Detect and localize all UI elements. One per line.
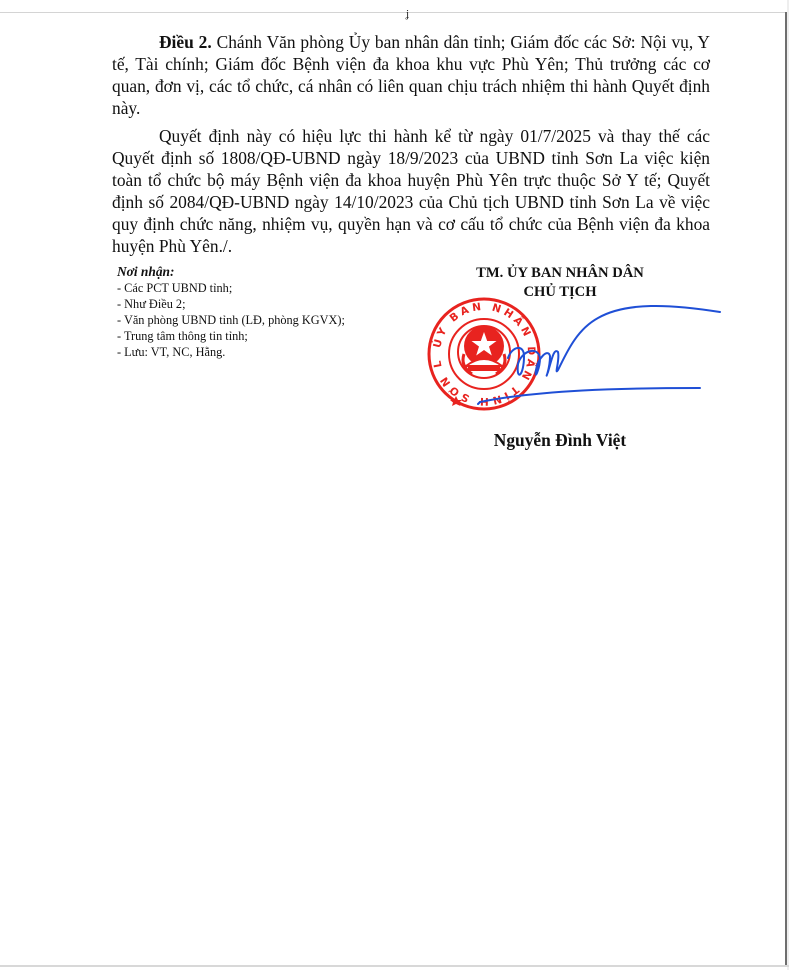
signing-organization: TM. ỦY BAN NHÂN DÂN (425, 264, 695, 283)
signer-name: Nguyễn Đình Việt (425, 430, 695, 451)
effect-paragraph: Quyết định này có hiệu lực thi hành kể t… (112, 125, 710, 257)
page-fragment-mark: ʝ (406, 8, 409, 20)
recipient-item: - Trung tâm thông tin tỉnh; (117, 328, 345, 344)
recipient-item: - Lưu: VT, NC, Hằng. (117, 344, 345, 360)
handwritten-signature (420, 296, 750, 416)
article-2-paragraph: Điều 2. Chánh Văn phòng Ủy ban nhân dân … (112, 31, 710, 119)
recipient-item: - Các PCT UBND tỉnh; (117, 280, 345, 296)
document-page: ʝ Điều 2. Chánh Văn phòng Ủy ban nhân dâ… (0, 0, 789, 970)
article-2-heading: Điều 2. (159, 32, 212, 52)
page-bottom-edge (0, 965, 789, 967)
recipient-item: - Văn phòng UBND tỉnh (LĐ, phòng KGVX); (117, 312, 345, 328)
recipient-item: - Như Điều 2; (117, 296, 345, 312)
recipients-list: Nơi nhận: - Các PCT UBND tỉnh; - Như Điề… (117, 264, 345, 360)
page-top-edge (0, 12, 786, 13)
recipients-title: Nơi nhận: (117, 264, 345, 280)
